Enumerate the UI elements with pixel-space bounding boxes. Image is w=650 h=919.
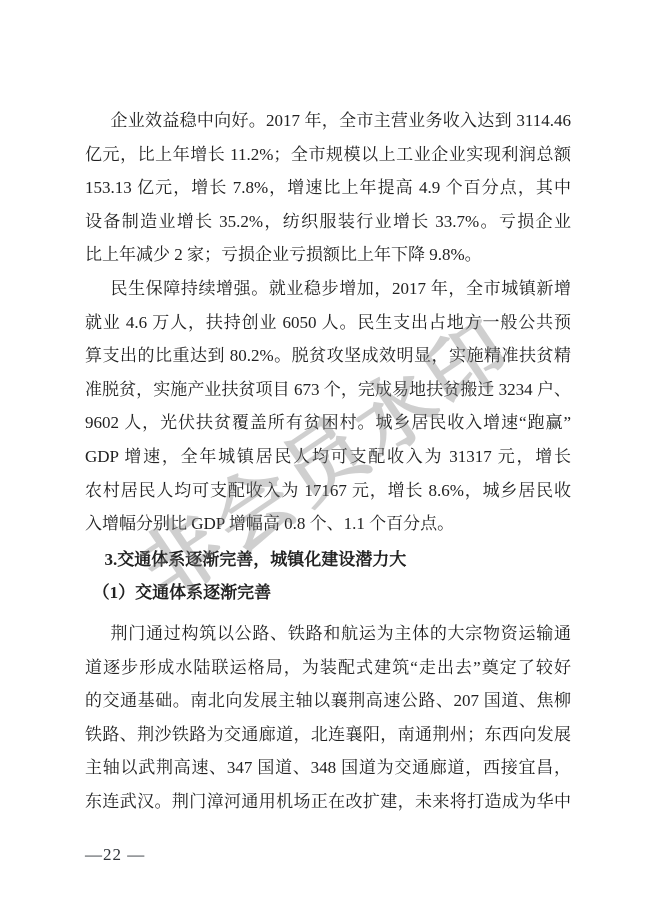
text-line: 153.13 亿元，增长 7.8%，增速比上年提高 4.9 个百分点，其中 (85, 171, 571, 205)
document-body: 企业效益稳中向好。2017 年，全市主营业务收入达到 3114.46亿元，比上年… (85, 104, 571, 818)
text-line: 主轴以武荆高速、347 国道、348 国道为交通廊道，西接宜昌， (85, 751, 571, 785)
sub-section-heading: （1）交通体系逐渐完善 (85, 576, 571, 610)
text-line: 荆门通过构筑以公路、铁路和航运为主体的大宗物资运输通 (85, 617, 571, 651)
text-line: 比上年减少 2 家；亏损企业亏损额比上年下降 9.8%。 (85, 238, 571, 272)
text-line: GDP 增速，全年城镇居民人均可支配收入为 31317 元，增长 8.3%； (85, 440, 571, 474)
text-line: 9602 人，光伏扶贫覆盖所有贫困村。城乡居民收入增速“跑赢” (85, 406, 571, 440)
text-line: 算支出的比重达到 80.2%。脱贫攻坚成效明显，实施精准扶贫精 (85, 339, 571, 373)
paragraph: 企业效益稳中向好。2017 年，全市主营业务收入达到 3114.46亿元，比上年… (85, 104, 571, 272)
text-line: 准脱贫，实施产业扶贫项目 673 个，完成易地扶贫搬迁 3234 户、 (85, 373, 571, 407)
paragraph: 荆门通过构筑以公路、铁路和航运为主体的大宗物资运输通道逐步形成水陆联运格局，为装… (85, 617, 571, 819)
paragraph: 民生保障持续增强。就业稳步增加，2017 年，全市城镇新增就业 4.6 万人，扶… (85, 272, 571, 541)
text-line: 就业 4.6 万人，扶持创业 6050 人。民生支出占地方一般公共预 (85, 306, 571, 340)
text-line: 农村居民人均可支配收入为 17167 元，增长 8.6%，城乡居民收 (85, 474, 571, 508)
text-line: 亿元，比上年增长 11.2%；全市规模以上工业企业实现利润总额 (85, 138, 571, 172)
section-heading: 3.交通体系逐渐完善，城镇化建设潜力大 (85, 543, 571, 577)
text-line: 东连武汉。荆门漳河通用机场正在改扩建，未来将打造成为华中 (85, 785, 571, 819)
document-page: 企业效益稳中向好。2017 年，全市主营业务收入达到 3114.46亿元，比上年… (0, 0, 650, 919)
text-line: 入增幅分别比 GDP 增幅高 0.8 个、1.1 个百分点。 (85, 507, 571, 541)
text-line: 企业效益稳中向好。2017 年，全市主营业务收入达到 3114.46 (85, 104, 571, 138)
page-number: —22 — (85, 845, 145, 865)
text-line: 民生保障持续增强。就业稳步增加，2017 年，全市城镇新增 (85, 272, 571, 306)
text-line: 的交通基础。南北向发展主轴以襄荆高速公路、207 国道、焦柳 (85, 684, 571, 718)
text-line: 铁路、荆沙铁路为交通廊道，北连襄阳，南通荆州；东西向发展 (85, 718, 571, 752)
text-line: 设备制造业增长 35.2%，纺织服装行业增长 33.7%。亏损企业 (85, 205, 571, 239)
text-line: 道逐步形成水陆联运格局，为装配式建筑“走出去”奠定了较好 (85, 651, 571, 685)
